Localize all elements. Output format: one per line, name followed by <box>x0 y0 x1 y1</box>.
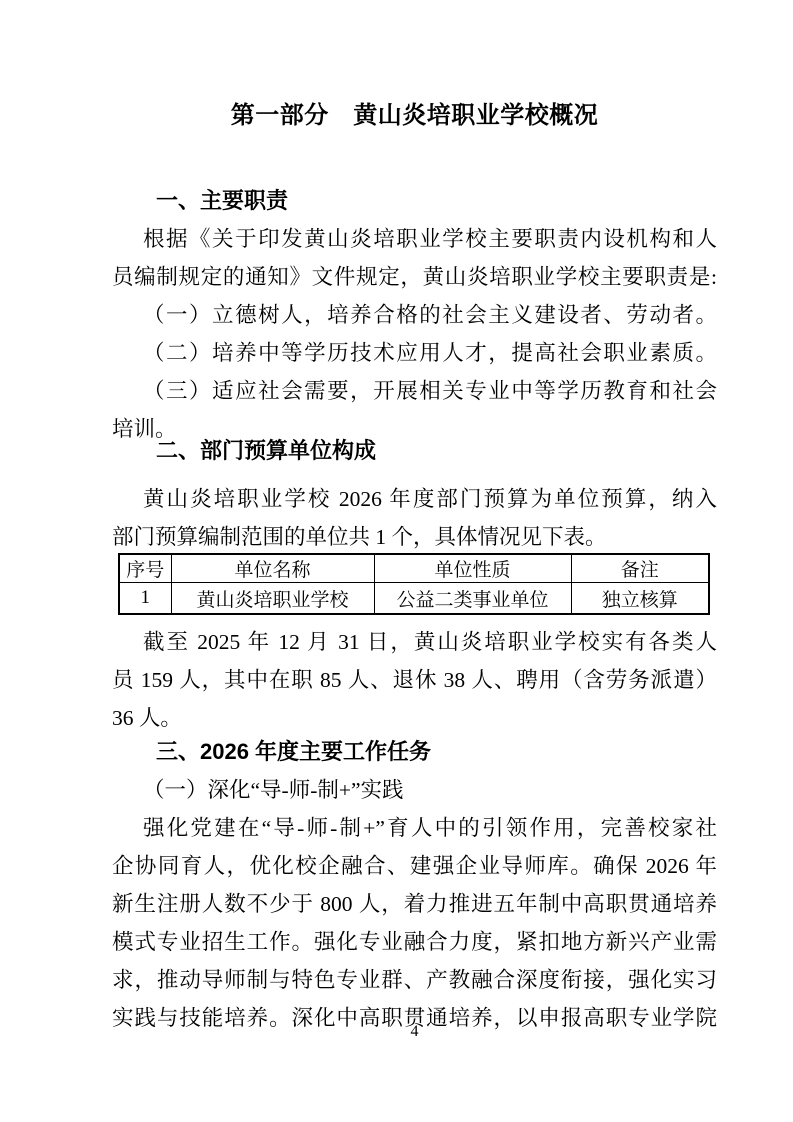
table-header-cell: 序号 <box>119 554 171 583</box>
text-line: （一）立德树人，培养合格的社会主义建设者、劳动者。 <box>112 296 717 334</box>
text-line: 员 159 人，其中在职 85 人、退休 38 人、聘用（含劳务派遣） <box>112 661 717 699</box>
section-heading-1: 一、主要职责 <box>112 182 717 220</box>
text-line: 求，推动导师制与特色专业群、产教融合深度衔接，强化实习 <box>112 961 717 999</box>
document-content: 第一部分 黄山炎培职业学校概况 一、主要职责 根据《关于印发黄山炎培职业学校主要… <box>112 0 717 1037</box>
table-cell: 1 <box>119 583 171 615</box>
text-line: 部门预算编制范围的单位共 1 个，具体情况见下表。 <box>112 518 717 556</box>
text-line: 模式专业招生工作。强化专业融合力度，紧扣地方新兴产业需 <box>112 923 717 961</box>
document-page: 第一部分 黄山炎培职业学校概况 一、主要职责 根据《关于印发黄山炎培职业学校主要… <box>0 0 793 1122</box>
section-heading-2: 二、部门预算单位构成 <box>112 432 717 470</box>
text-line: 企协同育人，优化校企融合、建强企业导师库。确保 2026 年 <box>112 847 717 885</box>
subsection-heading: （一）深化“导-师-制+”实践 <box>112 771 717 809</box>
text-line: 强化党建在“导-师-制+”育人中的引领作用，完善校家社 <box>112 809 717 847</box>
text-line: 根据《关于印发黄山炎培职业学校主要职责内设机构和人 <box>112 220 717 258</box>
table-header-cell: 备注 <box>571 554 709 583</box>
table-header-row: 序号 单位名称 单位性质 备注 <box>119 554 709 583</box>
table-row: 1 黄山炎培职业学校 公益二类事业单位 独立核算 <box>119 583 709 615</box>
budget-units-table: 序号 单位名称 单位性质 备注 1 黄山炎培职业学校 公益二类事业单位 独立核算 <box>118 553 710 615</box>
table-header-cell: 单位名称 <box>171 554 374 583</box>
table-cell: 独立核算 <box>571 583 709 615</box>
text-line: 截至 2025 年 12 月 31 日，黄山炎培职业学校实有各类人 <box>112 623 717 661</box>
page-title: 第一部分 黄山炎培职业学校概况 <box>112 101 717 131</box>
section-heading-3: 三、2026 年度主要工作任务 <box>112 733 717 771</box>
page-number: 4 <box>112 1022 717 1042</box>
text-line: 新生注册人数不少于 800 人，着力推进五年制中高职贯通培养 <box>112 885 717 923</box>
text-line: （三）适应社会需要，开展相关专业中等学历教育和社会 <box>112 372 717 410</box>
table-header-cell: 单位性质 <box>374 554 571 583</box>
text-line: 员编制规定的通知》文件规定，黄山炎培职业学校主要职责是: <box>112 258 717 296</box>
text-line: 黄山炎培职业学校 2026 年度部门预算为单位预算，纳入 <box>112 480 717 518</box>
text-line: 36 人。 <box>112 699 717 737</box>
table-cell: 黄山炎培职业学校 <box>171 583 374 615</box>
table-cell: 公益二类事业单位 <box>374 583 571 615</box>
text-line: （二）培养中等学历技术应用人才，提高社会职业素质。 <box>112 334 717 372</box>
